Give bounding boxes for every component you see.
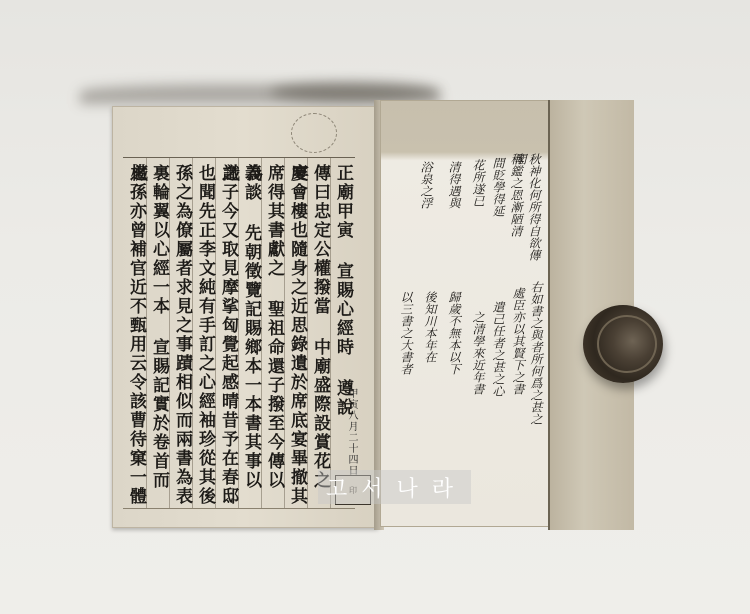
text-column: 慶會樓也隨身之近思錄遺於席底宴畢撤其 xyxy=(286,164,308,506)
open-book: 正廟甲寅 宣賜心經時 遵說 傳曰忠定公權撥當 中廟盛際設賞花之宴 慶會樓也隨身之… xyxy=(112,100,632,530)
date-note: 甲寅八月二十四日 xyxy=(344,388,359,476)
left-page: 正廟甲寅 宣賜心經時 遵說 傳曰忠定公權撥當 中廟盛際設賞花之宴 慶會樓也隨身之… xyxy=(112,106,378,528)
text-frame: 正廟甲寅 宣賜心經時 遵說 傳曰忠定公權撥當 中廟盛際設賞花之宴 慶會樓也隨身之… xyxy=(123,157,355,509)
text-column: 席得其書獻之 聖祖命還子撥至今傳以為 xyxy=(263,164,285,508)
handwritten-note: 稱鑑之恩漸陋清 xyxy=(509,153,523,263)
text-column: 之孫亦曾補官近不甄用云令該曹待窠一體 xyxy=(125,164,147,506)
brass-weight xyxy=(583,305,663,383)
handwritten-note: 花所遂已 xyxy=(471,159,485,259)
watermark: 고서나라 xyxy=(318,470,471,504)
weight-rim xyxy=(597,315,657,373)
handwritten-note: 清得遇與 xyxy=(447,161,461,261)
book-shadow-raised xyxy=(270,82,440,102)
handwritten-note: 遣己任者之甚之心 xyxy=(491,301,505,501)
handwritten-note: 處臣亦以其賢下之書 xyxy=(511,287,525,497)
text-column: 也聞先正李文純有手訂之心經袖珍從其後 xyxy=(194,164,216,506)
text-column: 孫之為僚屬者求見之事蹟相似而兩書為表 xyxy=(171,164,193,506)
handwritten-note: 間貶學得延 xyxy=(491,157,505,257)
handwritten-note: 浴泉之浮 xyxy=(419,161,433,261)
text-column: 裏輪翼以心經一本 宣賜記實於卷首而欌 xyxy=(148,164,170,508)
text-column: 傳曰忠定公權撥當 中廟盛際設賞花之宴 xyxy=(309,164,331,508)
handwritten-note: 之清學來近年書 xyxy=(471,311,485,491)
text-column: 正廟甲寅 宣賜心經時 遵說 xyxy=(332,164,354,417)
text-column: 義談 先朝徵覽記賜鄉本一本書其事以識 xyxy=(240,164,262,508)
right-page: 秋神化何所得自欲傳閣 稱鑑之恩漸陋清 間貶學得延 花所遂已 清得遇與 浴泉之浮 … xyxy=(380,100,552,527)
round-seal-icon xyxy=(291,113,337,153)
text-column: 之子今又取見摩挲匈覺起感晴昔予在春邸 xyxy=(217,164,239,506)
handwritten-note: 右如書之與者所何爲之甚之 xyxy=(529,281,543,501)
